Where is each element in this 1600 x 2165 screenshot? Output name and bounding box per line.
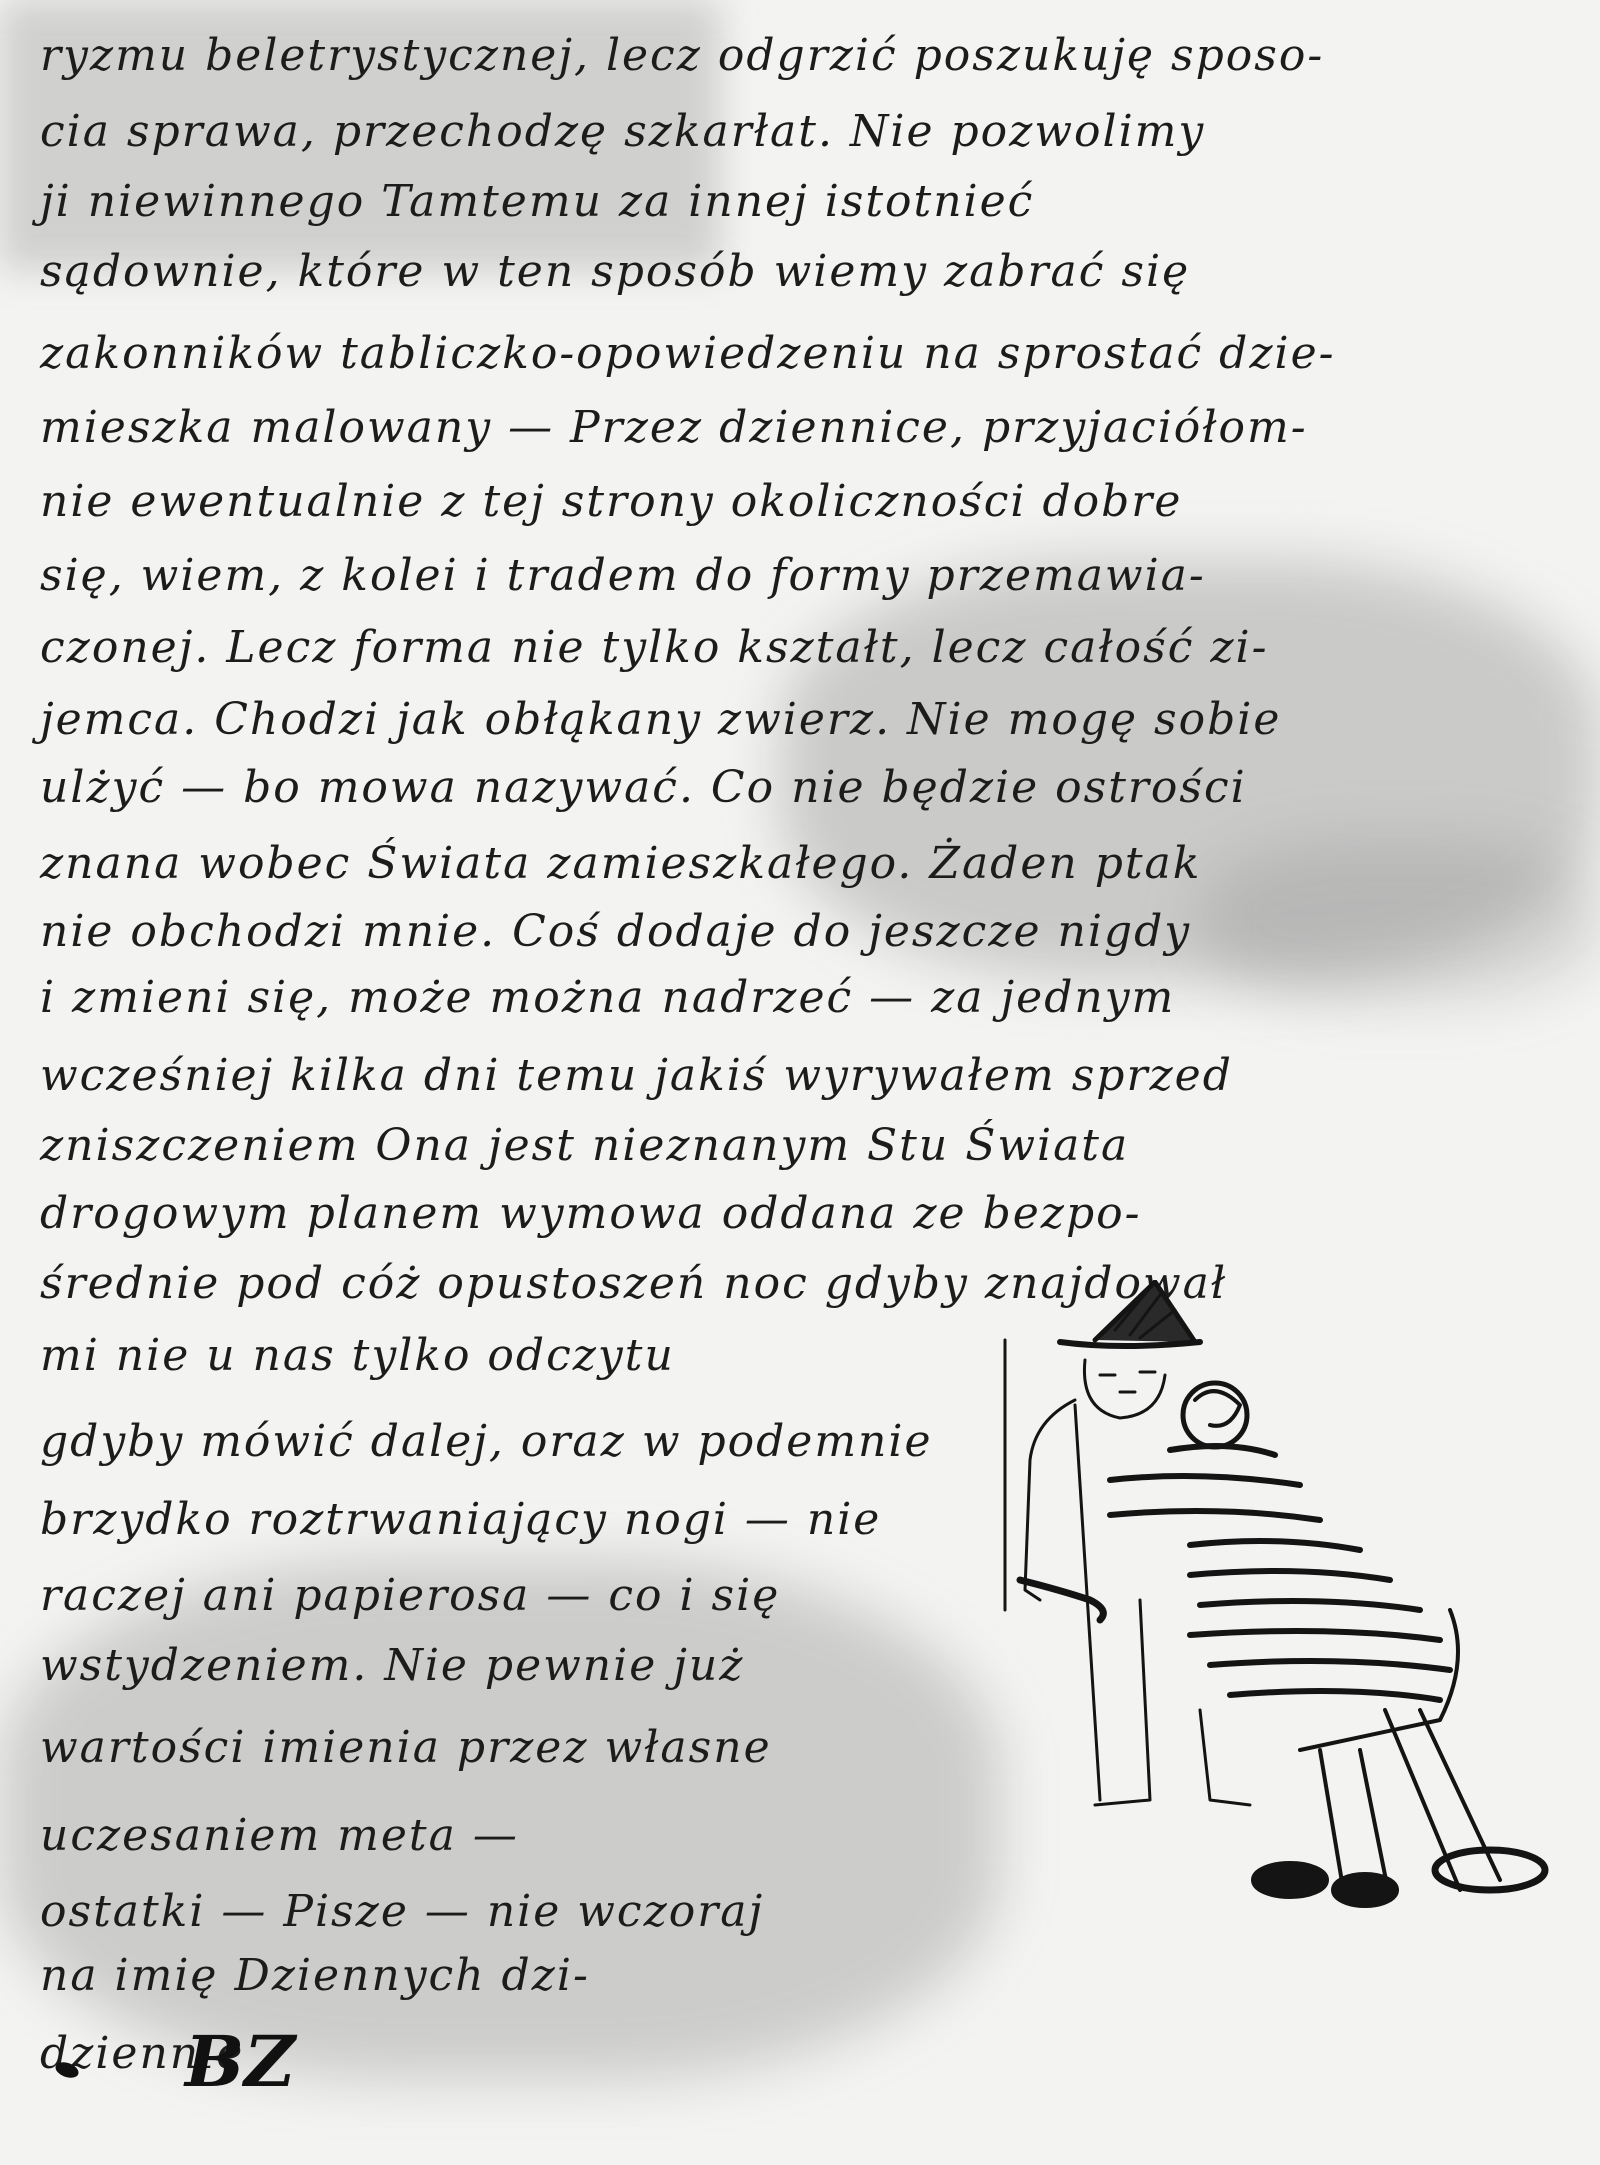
letter-line: wartości imienia przez własne: [40, 1722, 772, 1773]
letter-line: ulżyć — bo mowa nazywać. Co nie będzie o…: [40, 762, 1247, 813]
letter-line: mi nie u nas tylko odczytu: [40, 1330, 675, 1381]
letter-line: jemca. Chodzi jak obłąkany zwierz. Nie m…: [40, 694, 1281, 745]
letter-line: mieszka malowany — Przez dziennice, przy…: [40, 402, 1308, 453]
letter-line: i zmieni się, może można nadrzeć — za je…: [40, 972, 1175, 1023]
letter-line: zakonników tabliczko-opowiedzeniu na spr…: [40, 328, 1336, 379]
letter-line: ji niewinnego Tamtemu za innej istotnieć: [40, 176, 1034, 227]
letter-line: ostatki — Pisze — nie wczoraj: [40, 1886, 764, 1937]
letter-page: ryzmu beletrystycznej, lecz odgrzić posz…: [0, 0, 1600, 2165]
letter-line: się, wiem, z kolei i tradem do formy prz…: [40, 550, 1206, 601]
letter-line: uczesaniem meta —: [40, 1810, 519, 1861]
letter-line: wcześniej kilka dni temu jakiś wyrywałem…: [40, 1050, 1233, 1101]
letter-line: ryzmu beletrystycznej, lecz odgrzić posz…: [40, 30, 1324, 81]
letter-line: drogowym planem wymowa oddana ze bezpo-: [40, 1188, 1141, 1239]
letter-line: brzydko roztrwaniający nogi — nie: [40, 1494, 881, 1545]
letter-line: sądownie, które w ten sposób wiemy zabra…: [40, 246, 1190, 297]
letter-line: czonej. Lecz forma nie tylko kształt, le…: [40, 622, 1268, 673]
letter-line: nie ewentualnie z tej strony okolicznośc…: [40, 476, 1182, 527]
letter-line: gdyby mówić dalej, oraz w podemnie: [40, 1416, 933, 1467]
letter-line: na imię Dziennych dzi-: [40, 1950, 590, 2001]
letter-line: znana wobec Świata zamieszkałego. Żaden …: [40, 838, 1201, 889]
letter-line: nie obchodzi mnie. Coś dodaje do jeszcze…: [40, 906, 1191, 957]
ink-wash-mid: [1200, 840, 1600, 1000]
letter-line: wstydzeniem. Nie pewnie już: [40, 1640, 744, 1691]
signature: BZ: [185, 2020, 295, 2103]
letter-line: zniszczeniem Ona jest nieznanym Stu Świa…: [40, 1120, 1129, 1171]
letter-line: raczej ani papierosa — co i się: [40, 1570, 780, 1621]
letter-line: cia sprawa, przechodzę szkarłat. Nie poz…: [40, 106, 1205, 157]
ink-sketch-figures: [1000, 1280, 1600, 2165]
figure-drawing-icon: [1000, 1280, 1600, 2165]
